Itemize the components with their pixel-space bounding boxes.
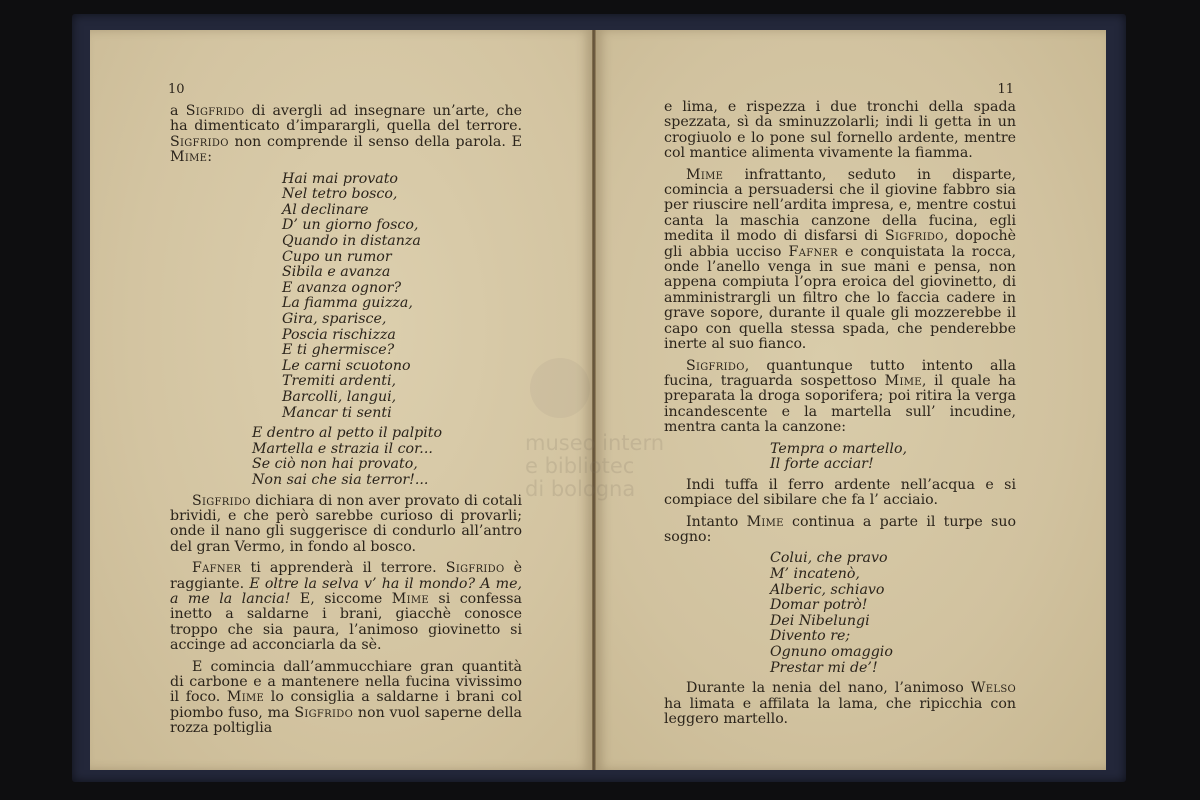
paragraph: Mime infrattanto, seduto in disparte, co… (664, 168, 1016, 353)
text-run: ha limata e affilata la lama, che ripicc… (664, 696, 1016, 727)
right-page-text: e lima, e rispezza i due tronchi della s… (664, 100, 1016, 733)
text-run: : (207, 149, 212, 165)
verse-line: Sibila e avanza (282, 265, 522, 281)
paragraph: Fafner ti apprenderà il terrore. Sigfrid… (170, 561, 522, 653)
verse-line: Cupo un rumor (282, 250, 522, 266)
right-page: 11 e lima, e rispezza i due tronchi dell… (596, 30, 1106, 770)
character-name: Mime (686, 167, 723, 183)
verse-line: Dei Nibelungi (770, 614, 1016, 630)
verse-stanza: Hai mai provatoNel tetro bosco,Al declin… (170, 172, 522, 422)
verse-line: Ognuno omaggio (770, 645, 1016, 661)
character-name: Sigfrido (885, 228, 944, 244)
verse-line: Martella e strazia il cor... (252, 442, 522, 458)
paragraph: Sigfrido dichiara di non aver provato di… (170, 494, 522, 556)
character-name: Welso (971, 680, 1016, 696)
text-run: a (170, 103, 186, 119)
verse-line: Gira, sparisce, (282, 312, 522, 328)
verse-line: Non sai che sia terror!... (252, 473, 522, 489)
verse-line: Il forte acciar! (770, 457, 1016, 473)
character-name: Sigfrido (186, 103, 245, 119)
character-name: Mime (747, 514, 784, 530)
paragraph: e lima, e rispezza i due tronchi della s… (664, 100, 1016, 162)
verse-line: Se ciò non hai provato, (252, 457, 522, 473)
character-name: Sigfrido (446, 560, 505, 576)
paragraph: a Sigfrido di avergli ad insegnare un’ar… (170, 104, 522, 166)
verse-line: Barcolli, langui, (282, 390, 522, 406)
text-run: e conquistata la rocca, onde l’anello ve… (664, 244, 1016, 352)
verse-line: Prestar mi de’! (770, 661, 1016, 677)
verse-line: Al declinare (282, 203, 522, 219)
left-page: 10 a Sigfrido di avergli ad insegnare un… (90, 30, 592, 770)
verse-line: Tremiti ardenti, (282, 374, 522, 390)
character-name: Mime (227, 689, 264, 705)
paragraph: E comincia dall’ammucchiare gran quantit… (170, 660, 522, 737)
verse-line: Mancar ti senti (282, 406, 522, 422)
character-name: Mime (885, 373, 922, 389)
verse-stanza: Colui, che pravoM’ incatenò,Alberic, sch… (664, 551, 1016, 676)
character-name: Sigfrido (686, 358, 745, 374)
verse-line: Le carni scuotono (282, 359, 522, 375)
text-run: Indi tuffa il ferro ardente nell’acqua e… (664, 477, 1016, 508)
verse-line: Alberic, schiavo (770, 583, 1016, 599)
text-run: Durante la nenia del nano, l’animoso (686, 680, 971, 696)
verse-line: D’ un giorno fosco, (282, 218, 522, 234)
character-name: Fafner (789, 244, 838, 260)
character-name: Fafner (192, 560, 241, 576)
page-number-left: 10 (168, 82, 185, 97)
verse-line: Quando in distanza (282, 234, 522, 250)
verse-line: Poscia rischizza (282, 328, 522, 344)
character-name: Sigfrido (170, 134, 229, 150)
text-run: e lima, e rispezza i due tronchi della s… (664, 99, 1016, 161)
character-name: Mime (392, 591, 429, 607)
text-run: E, siccome (290, 591, 391, 607)
text-run: Intanto (686, 514, 747, 530)
paragraph: Intanto Mime continua a parte il turpe s… (664, 515, 1016, 546)
paragraph: Indi tuffa il ferro ardente nell’acqua e… (664, 478, 1016, 509)
verse-line: Colui, che pravo (770, 551, 1016, 567)
verse-line: Tempra o martello, (770, 442, 1016, 458)
character-name: Mime (170, 149, 207, 165)
verse-stanza: E dentro al petto il palpitoMartella e s… (170, 426, 522, 488)
verse-stanza: Tempra o martello,Il forte acciar! (664, 442, 1016, 473)
verse-line: E dentro al petto il palpito (252, 426, 522, 442)
left-page-text: a Sigfrido di avergli ad insegnare un’ar… (170, 104, 522, 743)
verse-line: E ti ghermisce? (282, 343, 522, 359)
verse-line: E avanza ognor? (282, 281, 522, 297)
verse-line: Divento re; (770, 629, 1016, 645)
verse-line: M’ incatenò, (770, 567, 1016, 583)
verse-line: Nel tetro bosco, (282, 187, 522, 203)
verse-line: Hai mai provato (282, 172, 522, 188)
text-run: ti apprenderà il terrore. (241, 560, 445, 576)
paragraph: Sigfrido, quantunque tutto intento alla … (664, 359, 1016, 436)
page-number-right: 11 (997, 82, 1014, 97)
character-name: Sigfrido (192, 493, 251, 509)
paragraph: Durante la nenia del nano, l’animoso Wel… (664, 681, 1016, 727)
text-run: non comprende il senso della parola. E (229, 134, 522, 150)
character-name: Sigfrido (294, 705, 353, 721)
watermark-logo-icon (530, 358, 590, 418)
verse-line: Domar potrò! (770, 598, 1016, 614)
verse-line: La fiamma guizza, (282, 296, 522, 312)
